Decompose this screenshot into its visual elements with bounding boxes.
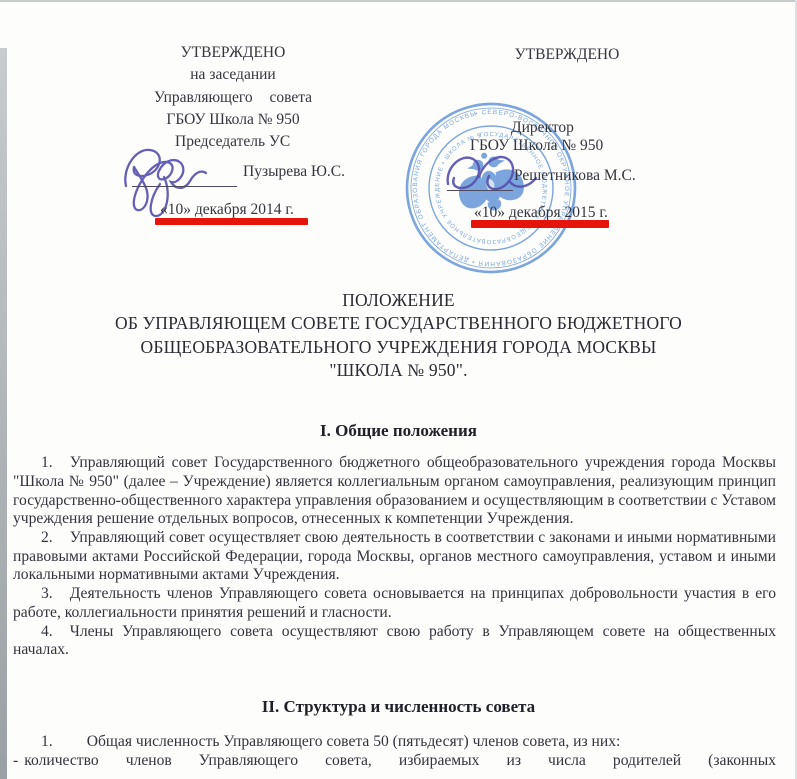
paragraph-text: Деятельность членов Управляющего совета … [13, 585, 776, 621]
paragraph-text: Управляющий совет Государственного бюдже… [13, 454, 776, 527]
title-line-2: ОБ УПРАВЛЯЮЩЕМ СОВЕТЕ ГОСУДАРСТВЕННОГО Б… [0, 312, 797, 335]
paragraph-text: количество членов Управляющего совета, и… [24, 752, 776, 769]
title-line-1: ПОЛОЖЕНИЕ [0, 289, 797, 312]
chairman-name: Пузырева Ю.С. [243, 163, 345, 181]
paragraph-number: 2. [41, 529, 70, 546]
approved-label-right: УТВЕРЖДЕНО [487, 46, 647, 64]
paragraph-number: 1. [41, 454, 70, 471]
paragraph-1-3: 3.Деятельность членов Управляющего совет… [13, 585, 776, 622]
paragraph-number: 1. [41, 733, 87, 750]
document-body: ПОЛОЖЕНИЕ ОБ УПРАВЛЯЮЩЕМ СОВЕТЕ ГОСУДАРС… [0, 285, 797, 770]
approval-school-line: ГБОУ Школа № 950 [118, 109, 348, 131]
paragraph-1-2: 2.Управляющий совет осуществляет свою де… [13, 529, 776, 585]
paragraph-number: 3. [41, 585, 70, 602]
signature-line-right [447, 190, 513, 191]
paragraph-text: Управляющий совет осуществляет свою деят… [13, 529, 776, 583]
paragraph-1-4: 4.Члены Управляющего совета осуществляют… [13, 623, 776, 660]
director-role-label: Директор [511, 119, 574, 137]
section-1-paragraphs: 1.Управляющий совет Государственного бюд… [0, 454, 797, 660]
paragraph-1-1: 1.Управляющий совет Государственного бюд… [13, 454, 776, 529]
paragraph-text: Члены Управляющего совета осуществляют с… [13, 623, 776, 659]
title-line-3: ОБЩЕОБРАЗОВАТЕЛЬНОГО УЧРЕЖДЕНИЯ ГОРОДА М… [0, 336, 797, 359]
section-heading-1: I. Общие положения [0, 421, 797, 441]
red-underline-left [155, 218, 308, 225]
scan-edge-top [0, 0, 797, 2]
paragraph-number: 4. [41, 623, 70, 640]
approved-label-left: УТВЕРЖДЕНО [118, 42, 348, 64]
section-2-paragraphs: 1.Общая численность Управляющего совета … [0, 733, 797, 770]
paragraph-text: Общая численность Управляющего совета 50… [87, 733, 621, 750]
scanned-document-page: УТВЕРЖДЕНО на заседании Управляющего сов… [0, 0, 797, 779]
paragraph-2-2: -количество членов Управляющего совета, … [13, 752, 776, 771]
section-heading-2: II. Структура и численность совета [0, 697, 797, 717]
director-name: Решетникова М.С. [514, 167, 636, 185]
red-underline-right [471, 220, 609, 228]
paragraph-dash: - [13, 752, 24, 769]
paragraph-2-1: 1.Общая численность Управляющего совета … [13, 733, 776, 752]
title-line-4: "ШКОЛА № 950". [0, 359, 797, 382]
approval-block-left: УТВЕРЖДЕНО на заседании Управляющего сов… [118, 42, 348, 132]
approval-council-line: Управляющего совета [118, 87, 348, 109]
approval-date-left: «10» декабря 2014 г. [160, 201, 294, 219]
approval-meeting-line: на заседании [118, 64, 348, 86]
document-title: ПОЛОЖЕНИЕ ОБ УПРАВЛЯЮЩЕМ СОВЕТЕ ГОСУДАРС… [0, 285, 797, 382]
signature-line-left [132, 186, 237, 187]
